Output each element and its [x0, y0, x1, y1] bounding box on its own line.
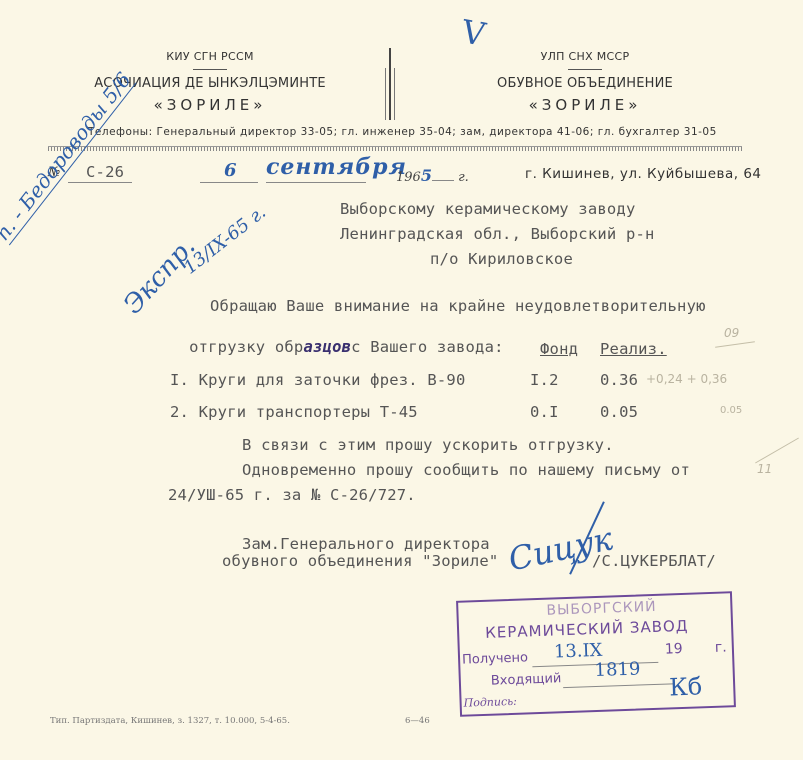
- stamp-year-unit: г.: [715, 639, 727, 655]
- form-code: 6—46: [405, 716, 430, 726]
- right-org-name: ОБУВНОЕ ОБЪЕДИНЕНИЕ: [440, 76, 730, 91]
- header-fund: Фонд: [540, 340, 578, 358]
- body-para1-line1: Обращаю Ваше внимание на крайне неудовле…: [210, 297, 706, 315]
- pencil-underline: [715, 341, 755, 348]
- stamp-signature-value: Кб: [669, 672, 703, 701]
- divider: [568, 69, 602, 70]
- ref-number: С-26: [86, 163, 124, 181]
- signatory-name: /С.ЦУКЕРБЛАТ/: [592, 552, 716, 570]
- ref-number-line: С-26: [68, 166, 132, 183]
- pencil-note-09: 09: [724, 326, 739, 340]
- stamp-line-2: КЕРАМИЧЕСКИЙ ЗАВОД: [485, 617, 689, 642]
- pencil-note-sum: +0,24 + 0,36: [646, 372, 727, 386]
- annotation-expr-note: Экспр.: [118, 232, 202, 320]
- row-2-realized: 0.05: [600, 403, 638, 421]
- stamp-line-1: ВЫБОРГСКИЙ: [546, 599, 657, 619]
- recipient-line-3: п/о Кириловское: [430, 250, 573, 268]
- left-ministry: КИУ СГН РССМ: [60, 50, 360, 63]
- annotation-date-note: 13/IX-65 г.: [180, 202, 270, 279]
- letterhead-right: УЛП СНХ МССР ОБУВНОЕ ОБЪЕДИНЕНИЕ «ЗОРИЛЕ…: [440, 50, 730, 114]
- year-unit: г.: [458, 170, 469, 185]
- row-1-realized: 0.36: [600, 371, 638, 389]
- pencil-note-005: 0.05: [720, 405, 742, 416]
- right-ministry: УЛП СНХ МССР: [440, 50, 730, 63]
- overstruck-text: азцов: [303, 338, 351, 356]
- printer-info: Тип. Партиздата, Кишинев, з. 1327, т. 10…: [50, 716, 290, 726]
- year-suffix: 5: [421, 166, 432, 185]
- year-prefix: 196: [396, 170, 421, 185]
- received-stamp: ВЫБОРГСКИЙ КЕРАМИЧЕСКИЙ ЗАВОД Получено 1…: [456, 591, 736, 717]
- signatory-title-2: обувного объединения "Зориле": [222, 552, 498, 570]
- header-realized: Реализ.: [600, 340, 667, 358]
- sender-address: г. Кишинев, ул. Куйбышева, 64: [525, 166, 762, 182]
- pencil-slash: [755, 438, 799, 464]
- stamp-incoming-line: 1819: [563, 667, 674, 688]
- date-day: 6: [224, 160, 237, 181]
- body-para1-line2: отгрузку образцовс Вашего завода:: [170, 320, 504, 356]
- stamp-signature-label: Подпись:: [463, 695, 517, 710]
- pencil-note-11: 11: [757, 462, 772, 476]
- body-para3-line2: 24/УШ-65 г. за № С-26/727.: [168, 486, 416, 504]
- emblem-icon: [383, 48, 397, 120]
- stamp-year-label: 19: [665, 641, 683, 658]
- recipient-line-1: Выборскому керамическому заводу: [340, 200, 636, 218]
- stamp-incoming-value: 1819: [594, 658, 641, 681]
- date-day-line: 6: [200, 166, 258, 183]
- date-month-line: сентября: [266, 166, 366, 183]
- phone-numbers: Телефоны: Генеральный директор 33-05; гл…: [88, 126, 728, 138]
- row-2-item: 2. Круги транспортеры Т-45: [170, 403, 418, 421]
- recipient-line-2: Ленинградская обл., Выборский р-н: [340, 225, 655, 243]
- divider: [193, 69, 227, 70]
- checkmark-annotation: V: [459, 12, 488, 53]
- row-1-item: I. Круги для заточки фрез. В-90: [170, 371, 466, 389]
- body-para3-line1: Одновременно прошу сообщить по нашему пи…: [242, 461, 690, 479]
- row-1-fund: I.2: [530, 371, 559, 389]
- body-para2: В связи с этим прошу ускорить отгрузку.: [242, 436, 614, 454]
- signatory-title-1: Зам.Генерального директора: [242, 535, 490, 553]
- right-brand: «ЗОРИЛЕ»: [440, 96, 730, 114]
- date-month: сентября: [266, 154, 407, 180]
- date-year: 1965 г.: [396, 166, 469, 185]
- stamp-received-label: Получено: [462, 650, 528, 667]
- row-2-fund: 0.I: [530, 403, 559, 421]
- stamp-incoming-label: Входящий: [491, 671, 562, 688]
- header-rule: [48, 146, 742, 151]
